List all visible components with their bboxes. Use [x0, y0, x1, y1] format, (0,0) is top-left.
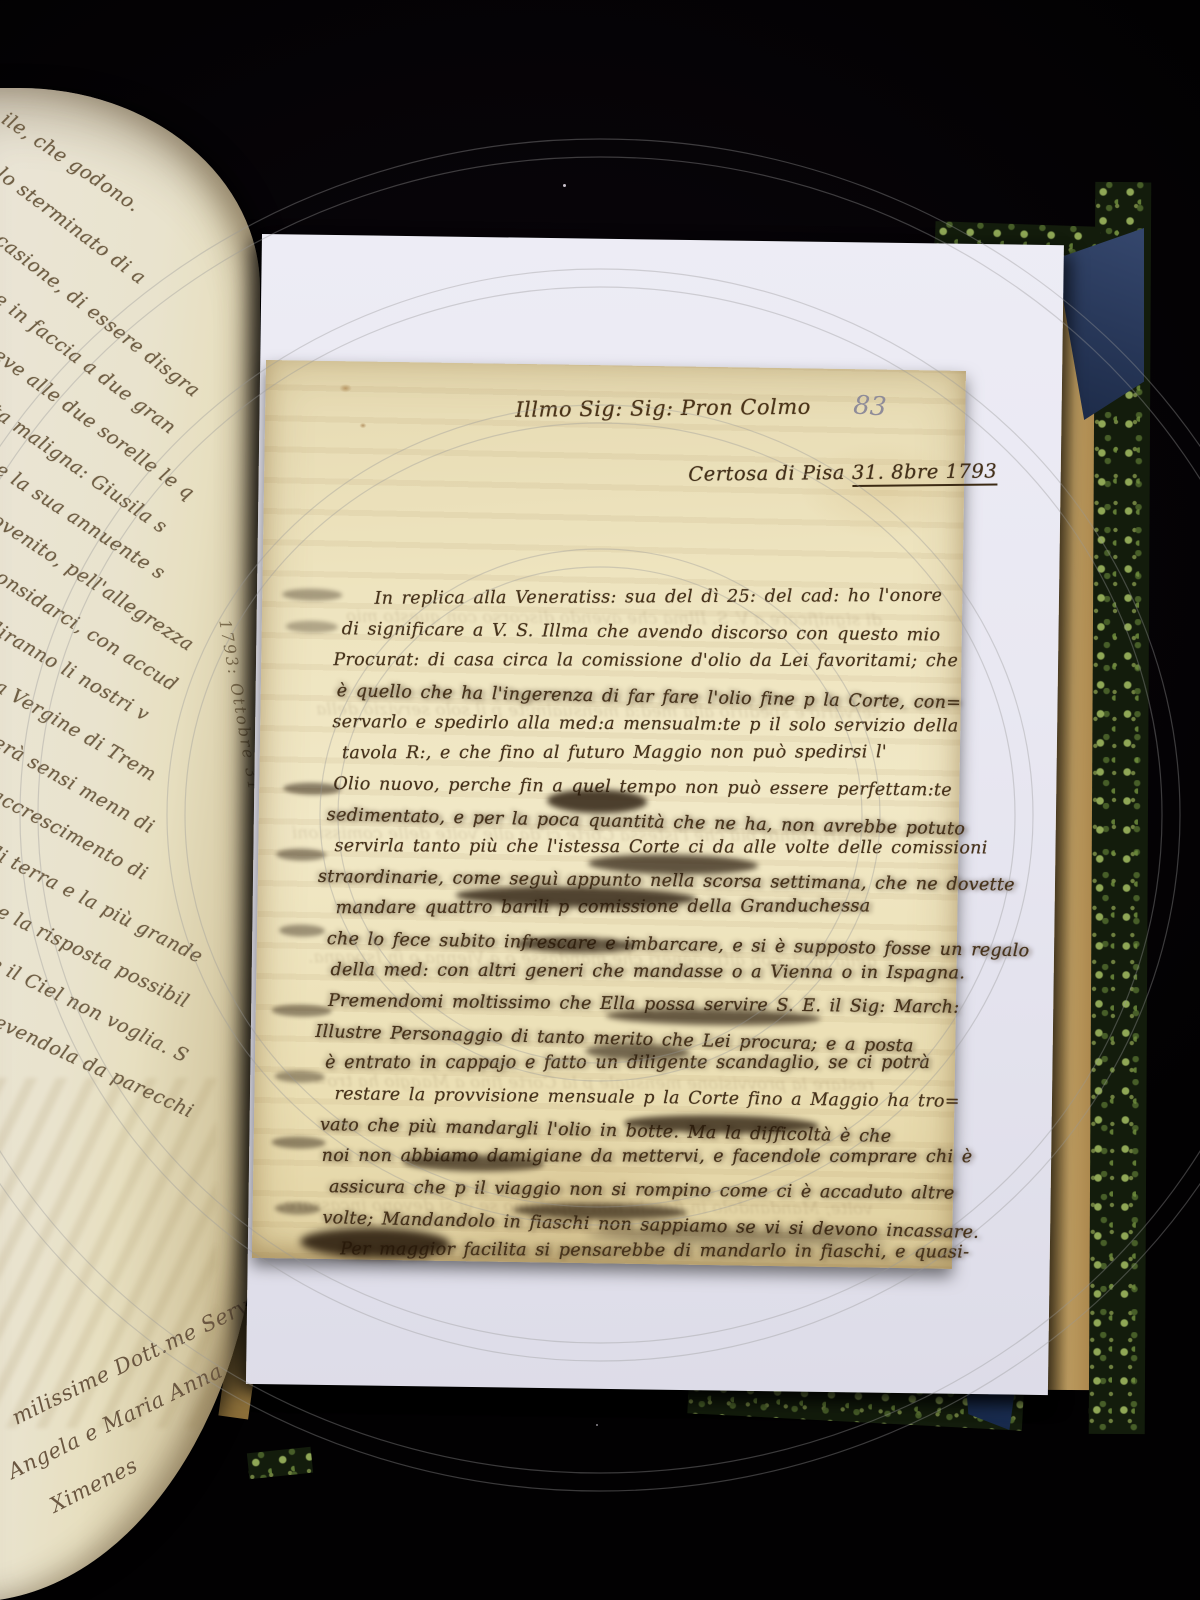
ink-smudge: [282, 588, 342, 601]
ink-smudge: [276, 848, 326, 861]
left-book-page: ile, che godono.lo sterminato di accasio…: [0, 88, 260, 1600]
letter-body-line: Procurat: di casa circa la comissione d'…: [333, 650, 958, 671]
letter-date: 31. 8bre 1793: [852, 459, 998, 487]
letter-salutation: Illmo Sig: Sig: Pron Colmo: [515, 395, 811, 422]
ink-smudge: [272, 1136, 326, 1149]
ink-showthrough: di significare a V. S. Illma che avendo …: [346, 607, 882, 631]
ink-showthrough: servarlo e spedirlo alla med:a mensualm:…: [316, 699, 881, 723]
ink-smudge: [279, 924, 325, 937]
ink-smudge: [300, 1227, 450, 1259]
ink-smudge: [272, 1004, 332, 1017]
letter-body-line: vato che più mandargli l'olio in botte. …: [320, 1115, 892, 1147]
letter-place: Certosa di Pisa: [688, 461, 845, 486]
letter-body-line: In replica alla Veneratiss: sua del dì 2…: [374, 586, 942, 609]
ink-showthrough: servirla tanto più che l'istessa Corte c…: [292, 823, 879, 847]
ink-showthrough: restare la provvisione mensuale p la Cor…: [313, 1071, 875, 1095]
marbled-cover-corner: [247, 1447, 313, 1480]
folio-number: 83: [852, 390, 887, 422]
signature-line: Ximenes: [46, 1453, 141, 1517]
letter-body-line: tavola R:, e che fino al futuro Maggio n…: [342, 742, 887, 763]
manuscript-photo: ile, che godono.lo sterminato di accasio…: [0, 0, 1200, 1600]
dust-speck: [596, 1424, 598, 1426]
ink-smudge: [286, 620, 338, 633]
ink-smudge: [283, 782, 341, 795]
manuscript-letter: Illmo Sig: Sig: Pron Colmo 83 Certosa di…: [252, 360, 966, 1269]
letter-dateline: Certosa di Pisa31. 8bre 1793: [688, 459, 997, 485]
dust-speck: [563, 184, 566, 187]
ink-smudge: [275, 1070, 325, 1083]
